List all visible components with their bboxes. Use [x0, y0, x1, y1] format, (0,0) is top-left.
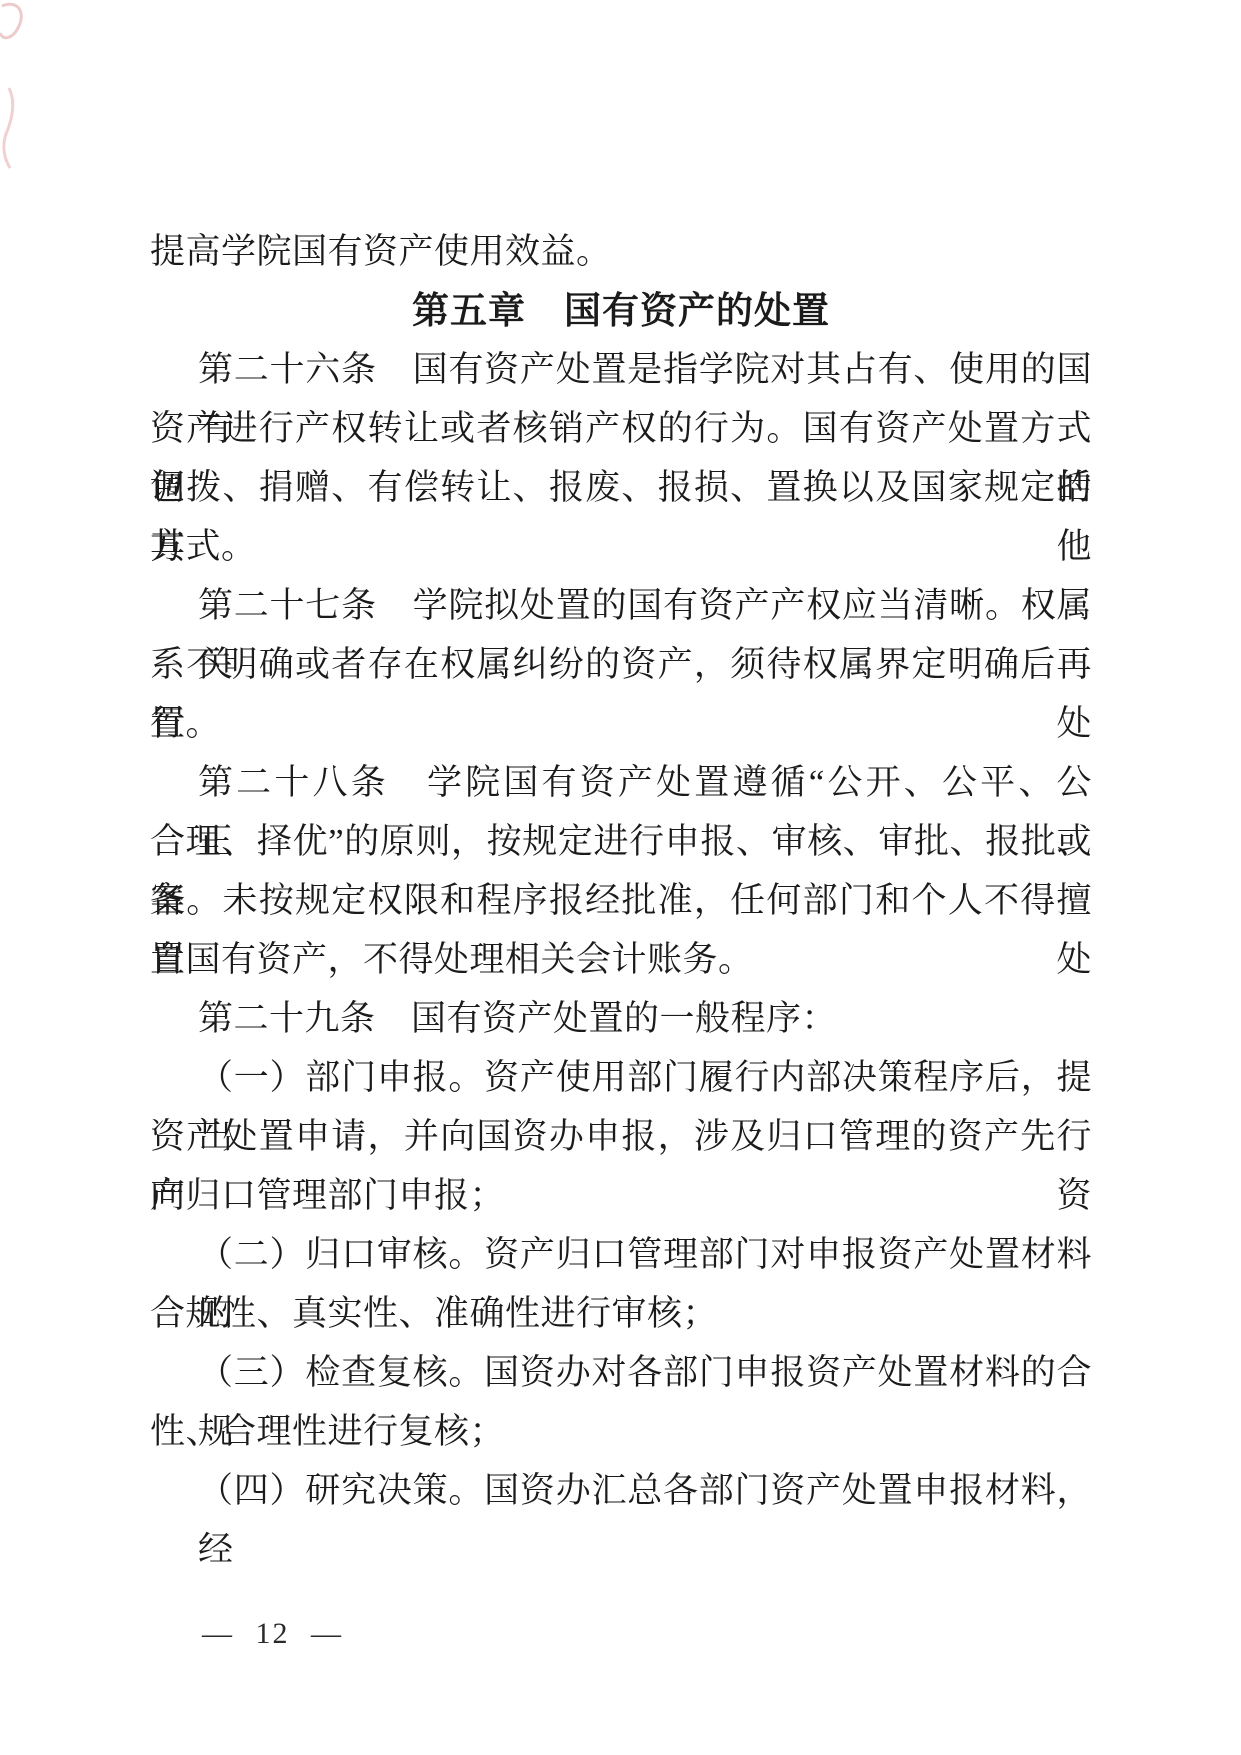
article-27-line-2: 系不明确或者存在权属纠纷的资产，须待权属界定明确后再行处: [150, 635, 1092, 694]
item-1-line-1: （一）部门申报。资产使用部门履行内部决策程序后，提出: [150, 1048, 1092, 1107]
item-2-line-1: （二）归口审核。资产归口管理部门对申报资产处置材料的: [150, 1225, 1092, 1284]
article-28-line-1: 第二十八条 学院国有资产处置遵循“公开、公平、公正、: [150, 753, 1092, 812]
page-number: — 12 —: [202, 1617, 343, 1651]
red-pen-marks-icon: [0, 0, 40, 190]
article-26-line-2: 资产进行产权转让或者核销产权的行为。国有资产处置方式包括: [150, 399, 1092, 458]
article-29-line-1: 第二十九条 国有资产处置的一般程序：: [150, 989, 1092, 1048]
document-body: 提高学院国有资产使用效益。 第五章 国有资产的处置 第二十六条 国有资产处置是指…: [150, 222, 1092, 1520]
article-26-line-1: 第二十六条 国有资产处置是指学院对其占有、使用的国有: [150, 340, 1092, 399]
chapter-heading: 第五章 国有资产的处置: [150, 281, 1092, 340]
item-2-line-2: 合规性、真实性、准确性进行审核；: [150, 1284, 1092, 1343]
item-4-line-1: （四）研究决策。国资办汇总各部门资产处置申报材料，经: [150, 1461, 1092, 1520]
article-28-line-2: 合理、择优”的原则，按规定进行申报、审核、审批、报批或备: [150, 812, 1092, 871]
article-27-line-1: 第二十七条 学院拟处置的国有资产产权应当清晰。权属关: [150, 576, 1092, 635]
article-28-line-3: 案。未按规定权限和程序报经批准，任何部门和个人不得擅自处: [150, 871, 1092, 930]
article-26-line-3: 调拨、捐赠、有偿转让、报废、报损、置换以及国家规定的其他: [150, 458, 1092, 517]
item-3-line-2: 性、合理性进行复核；: [150, 1402, 1092, 1461]
intro-line: 提高学院国有资产使用效益。: [150, 222, 1092, 281]
item-3-line-1: （三）检查复核。国资办对各部门申报资产处置材料的合规: [150, 1343, 1092, 1402]
item-1-line-2: 资产处置申请，并向国资办申报，涉及归口管理的资产先行向资: [150, 1107, 1092, 1166]
document-page: 提高学院国有资产使用效益。 第五章 国有资产的处置 第二十六条 国有资产处置是指…: [0, 0, 1241, 1755]
